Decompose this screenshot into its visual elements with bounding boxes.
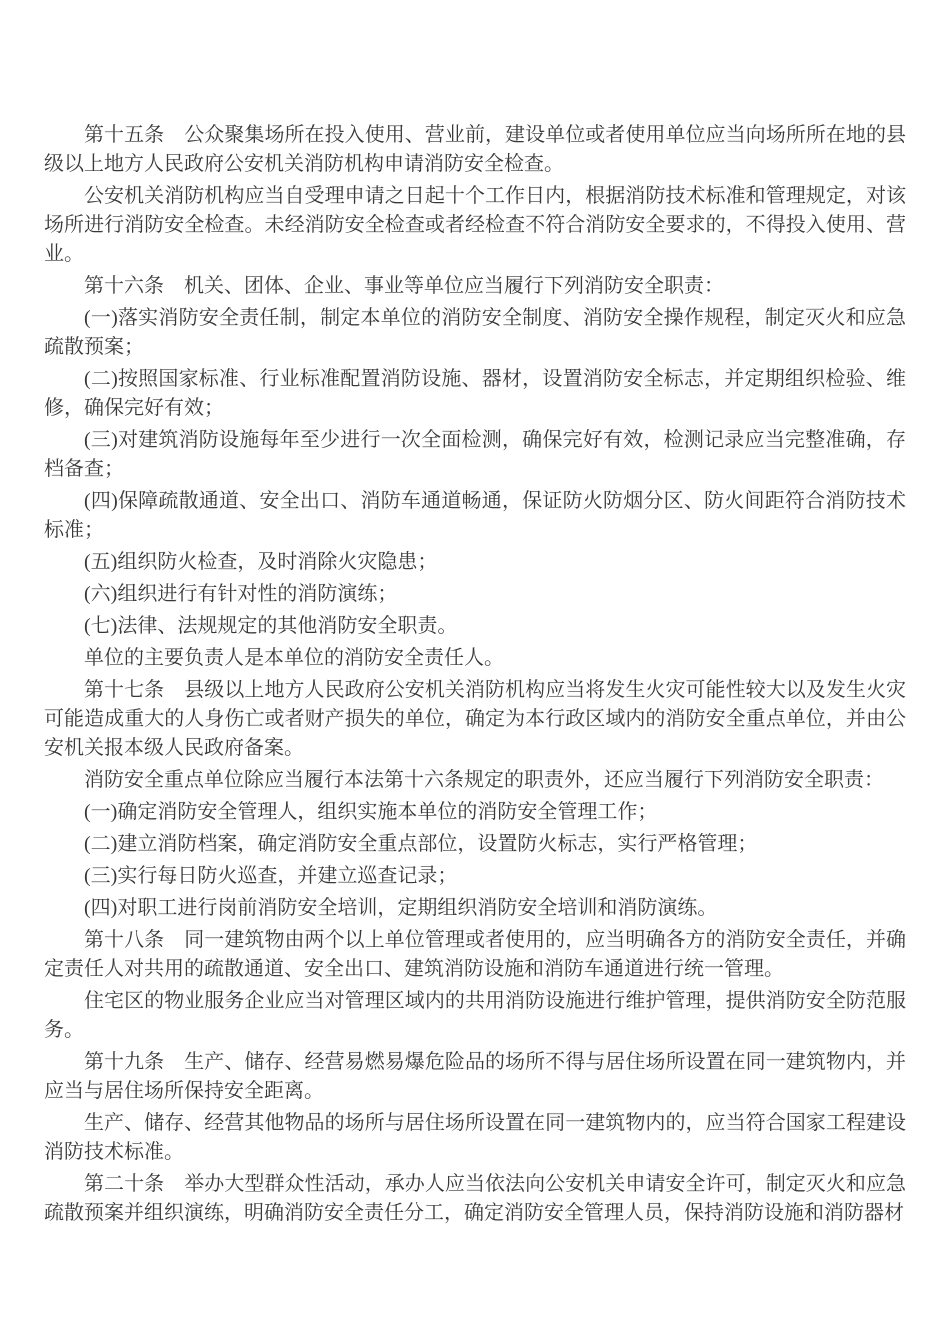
paragraph: (二)建立消防档案，确定消防安全重点部位，设置防火标志，实行严格管理；: [44, 830, 906, 859]
paragraph: 第十九条 生产、储存、经营易燃易爆危险品的场所不得与居住场所设置在同一建筑物内，…: [44, 1048, 906, 1106]
paragraph: (二)按照国家标准、行业标准配置消防设施、器材，设置消防安全标志，并定期组织检验…: [44, 365, 906, 423]
paragraph: 生产、储存、经营其他物品的场所与居住场所设置在同一建筑物内的，应当符合国家工程建…: [44, 1109, 906, 1167]
paragraph: 第十六条 机关、团体、企业、事业等单位应当履行下列消防安全职责：: [44, 272, 906, 301]
paragraph: 单位的主要负责人是本单位的消防安全责任人。: [44, 644, 906, 673]
paragraph: (五)组织防火检查，及时消除火灾隐患；: [44, 548, 906, 577]
paragraph: (一)确定消防安全管理人，组织实施本单位的消防安全管理工作；: [44, 798, 906, 827]
paragraph: 第十五条 公众聚集场所在投入使用、营业前，建设单位或者使用单位应当向场所所在地的…: [44, 121, 906, 179]
paragraph: (一)落实消防安全责任制，制定本单位的消防安全制度、消防安全操作规程，制定灭火和…: [44, 304, 906, 362]
paragraph: (三)实行每日防火巡查，并建立巡查记录；: [44, 862, 906, 891]
paragraph: 消防安全重点单位除应当履行本法第十六条规定的职责外，还应当履行下列消防安全职责：: [44, 766, 906, 795]
paragraph: 第十八条 同一建筑物由两个以上单位管理或者使用的，应当明确各方的消防安全责任，并…: [44, 926, 906, 984]
paragraph: (六)组织进行有针对性的消防演练；: [44, 580, 906, 609]
document-text-block: 第十五条 公众聚集场所在投入使用、营业前，建设单位或者使用单位应当向场所所在地的…: [44, 121, 906, 1231]
paragraph: 第二十条 举办大型群众性活动，承办人应当依法向公安机关申请安全许可，制定灭火和应…: [44, 1170, 906, 1228]
document-page: 第十五条 公众聚集场所在投入使用、营业前，建设单位或者使用单位应当向场所所在地的…: [0, 0, 950, 1344]
paragraph: 住宅区的物业服务企业应当对管理区域内的共用消防设施进行维护管理，提供消防安全防范…: [44, 987, 906, 1045]
paragraph: 第十七条 县级以上地方人民政府公安机关消防机构应当将发生火灾可能性较大以及发生火…: [44, 676, 906, 763]
paragraph: 公安机关消防机构应当自受理申请之日起十个工作日内，根据消防技术标准和管理规定，对…: [44, 182, 906, 269]
paragraph: (四)对职工进行岗前消防安全培训，定期组织消防安全培训和消防演练。: [44, 894, 906, 923]
paragraph: (三)对建筑消防设施每年至少进行一次全面检测，确保完好有效，检测记录应当完整准确…: [44, 426, 906, 484]
paragraph: (七)法律、法规规定的其他消防安全职责。: [44, 612, 906, 641]
paragraph: (四)保障疏散通道、安全出口、消防车通道畅通，保证防火防烟分区、防火间距符合消防…: [44, 487, 906, 545]
